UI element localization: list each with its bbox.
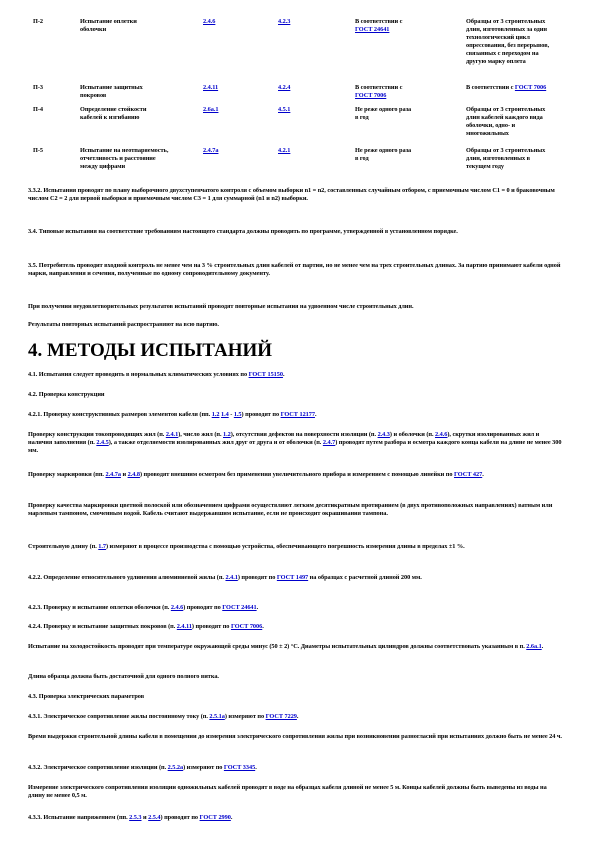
paragraph-hold-time: Время выдержки строительной длины кабеля…: [28, 733, 563, 741]
text: .: [315, 411, 317, 418]
paragraph-4-3-1: 4.3.1. Электрическое сопротивление жилы …: [28, 713, 563, 721]
clause-link[interactable]: 2.5.2а: [168, 764, 183, 771]
text: Проверку конструкции токопроводящих жил …: [28, 431, 166, 438]
clause-link[interactable]: 2.4.11: [177, 623, 192, 630]
gost-link[interactable]: ГОСТ 3345: [224, 764, 255, 771]
clause-link[interactable]: 2.4.7а: [203, 147, 218, 155]
clause-link[interactable]: 2.4.8: [128, 471, 140, 478]
paragraph-4-1: 4.1. Испытания следует проводить в норма…: [28, 371, 563, 379]
text: 4.2.2. Определение относительного удлине…: [28, 574, 225, 581]
text: ), число жил (п.: [178, 431, 223, 438]
paragraph-4-2: 4.2. Проверка конструкции: [28, 391, 563, 399]
text: ) измеряют в процессе производства с пом…: [106, 543, 465, 550]
paragraph-insulation-measure: Измерение электрического сопротивления и…: [28, 784, 563, 800]
period-text: В соответствии с: [355, 18, 402, 25]
text: 4.3.3. Испытание напряжением (пп.: [28, 814, 129, 821]
text: ), отсутствия дефектов на поверхности из…: [231, 431, 378, 438]
gost-link[interactable]: ГОСТ 1497: [277, 574, 308, 581]
text: .: [283, 371, 285, 378]
gost-link[interactable]: ГОСТ 7229: [266, 713, 297, 720]
row-test-name: Определение стойкости кабелей к изгибани…: [80, 106, 200, 122]
gost-link[interactable]: ГОСТ 7006: [515, 84, 546, 91]
gost-link[interactable]: ГОСТ 24641: [222, 604, 256, 611]
text: .: [542, 643, 544, 650]
row-samples: Образцы от 3 строительных длин кабелей к…: [466, 106, 576, 138]
gost-link[interactable]: ГОСТ 7006: [231, 623, 262, 630]
text: ) проводят по: [242, 411, 281, 418]
period-text: В соответствии с: [355, 84, 402, 91]
clause-link[interactable]: 2.4.6: [203, 18, 215, 26]
paragraph-repeat-tests: При получении неудовлетворительных резул…: [28, 303, 563, 311]
gost-link[interactable]: ГОСТ 24641: [355, 26, 389, 33]
samples-text: В соответствии с: [466, 84, 515, 91]
paragraph-marking-quality: Проверку качества маркировки цветной пол…: [28, 502, 563, 518]
clause-link[interactable]: 2.4.6: [171, 604, 183, 611]
paragraph-repeat-results: Результаты повторных испытаний распростр…: [28, 321, 563, 329]
text: Испытание на холодостойкость проводят пр…: [28, 643, 526, 650]
row-period: Не реже одного раза в год: [355, 106, 455, 122]
paragraph-4-2-1: 4.2.1. Проверку конструктивных размеров …: [28, 411, 563, 419]
clause-link[interactable]: 4.2.1: [278, 147, 290, 155]
clause-link[interactable]: 2.4.1: [166, 431, 178, 438]
clause-link[interactable]: 2.6а.1: [526, 643, 541, 650]
clause-link[interactable]: 1.2: [223, 431, 231, 438]
clause-link[interactable]: 2.4.3: [378, 431, 390, 438]
row-samples: Образцы от 3 строительных длин, изготовл…: [466, 18, 576, 66]
row-samples: В соответствии с ГОСТ 7006: [466, 84, 586, 92]
text: 4.3.2. Электрическое сопротивление изоля…: [28, 764, 168, 771]
text: ) измеряют по: [225, 713, 266, 720]
paragraph-3-4: 3.4. Типовые испытания на соответствие т…: [28, 228, 563, 236]
paragraph-cold-resistance: Испытание на холодостойкость проводят пр…: [28, 643, 563, 651]
clause-link[interactable]: 2.4.5: [96, 439, 108, 446]
text: Проверку маркировки (пп.: [28, 471, 105, 478]
clause-link[interactable]: 1.4: [221, 411, 229, 418]
text: .: [231, 814, 233, 821]
text: 4.2.4. Проверку и испытание защитных пок…: [28, 623, 177, 630]
clause-link[interactable]: 1.5: [234, 411, 242, 418]
clause-link[interactable]: 2.5.4: [148, 814, 160, 821]
clause-link[interactable]: 1.2: [212, 411, 220, 418]
text: на образцах с расчетной длиной 200 мм.: [308, 574, 422, 581]
text: 4.3.1. Электрическое сопротивление жилы …: [28, 713, 209, 720]
paragraph-4-2-2: 4.2.2. Определение относительного удлине…: [28, 574, 563, 582]
row-samples: Образцы от 3 строительных длин, изготовл…: [466, 147, 576, 171]
text: .: [482, 471, 484, 478]
clause-link[interactable]: 2.6а.1: [203, 106, 218, 114]
paragraph-sample-length: Длина образца должна быть достаточной дл…: [28, 673, 563, 681]
text: .: [255, 764, 257, 771]
text: ) проводят по: [238, 574, 277, 581]
paragraph-3-5: 3.5. Потребитель проводит входной контро…: [28, 262, 563, 278]
text: ) проводят по: [192, 623, 231, 630]
row-test-name: Испытание оплетки оболочки: [80, 18, 200, 34]
clause-link[interactable]: 2.5.1а: [209, 713, 224, 720]
paragraph-construction-check: Проверку конструкции токопроводящих жил …: [28, 431, 563, 455]
text: .: [297, 713, 299, 720]
row-id: П-2: [33, 18, 43, 26]
clause-link[interactable]: 2.5.3: [129, 814, 141, 821]
paragraph-marking-check: Проверку маркировки (пп. 2.4.7а и 2.4.8)…: [28, 471, 563, 479]
text: ) проводят по: [183, 604, 222, 611]
text: .: [262, 623, 264, 630]
row-id: П-3: [33, 84, 43, 92]
row-test-name: Испытание на неотпаряемость, отчетливост…: [80, 147, 205, 171]
paragraph-4-2-4: 4.2.4. Проверку и испытание защитных пок…: [28, 623, 563, 631]
row-period: В соответствии с ГОСТ 24641: [355, 18, 450, 34]
clause-link[interactable]: 4.2.3: [278, 18, 290, 26]
text: ) проводят внешним осмотром без применен…: [140, 471, 454, 478]
paragraph-3-3-2: 3.3.2. Испытания проводят по плану выбор…: [28, 187, 563, 203]
row-period: Не реже одного раза в год: [355, 147, 455, 163]
text: Строительную длину (п.: [28, 543, 98, 550]
row-id: П-4: [33, 106, 43, 114]
gost-link[interactable]: ГОСТ 7006: [355, 92, 386, 99]
paragraph-4-2-3: 4.2.3. Проверку и испытание оплетки обол…: [28, 604, 563, 612]
row-period: В соответствии с ГОСТ 7006: [355, 84, 450, 100]
clause-link[interactable]: 4.5.1: [278, 106, 290, 114]
text: и: [121, 471, 128, 478]
text: 4.2.1. Проверку конструктивных размеров …: [28, 411, 212, 418]
row-id: П-5: [33, 147, 43, 155]
paragraph-4-3-2: 4.3.2. Электрическое сопротивление изоля…: [28, 764, 563, 772]
clause-link[interactable]: 4.2.4: [278, 84, 290, 92]
text: ), а также отделяемости изолированных жи…: [109, 439, 323, 446]
text: 4.1. Испытания следует проводить в норма…: [28, 371, 249, 378]
paragraph-4-3: 4.3. Проверка электрических параметров: [28, 693, 563, 701]
text: 4.2.3. Проверку и испытание оплетки обол…: [28, 604, 171, 611]
paragraph-length-measure: Строительную длину (п. 1.7) измеряют в п…: [28, 543, 563, 551]
row-test-name: Испытание защитных покровов: [80, 84, 200, 100]
text: ) и оболочки (п.: [390, 431, 435, 438]
text: ) проводят по: [161, 814, 200, 821]
gost-link[interactable]: ГОСТ 427: [454, 471, 482, 478]
clause-link[interactable]: 2.4.7а: [105, 471, 120, 478]
section-heading: 4. МЕТОДЫ ИСПЫТАНИЙ: [28, 340, 272, 362]
gost-link[interactable]: ГОСТ 2990: [200, 814, 231, 821]
gost-link[interactable]: ГОСТ 12177: [281, 411, 315, 418]
text: .: [257, 604, 259, 611]
clause-link[interactable]: 2.4.7: [323, 439, 335, 446]
text: ) измеряют по: [183, 764, 224, 771]
clause-link[interactable]: 2.4.6: [435, 431, 447, 438]
paragraph-4-3-3: 4.3.3. Испытание напряжением (пп. 2.5.3 …: [28, 814, 563, 822]
clause-link[interactable]: 1.7: [98, 543, 106, 550]
gost-link[interactable]: ГОСТ 15150: [249, 371, 283, 378]
clause-link[interactable]: 2.4.11: [203, 84, 218, 92]
clause-link[interactable]: 2.4.1: [225, 574, 237, 581]
